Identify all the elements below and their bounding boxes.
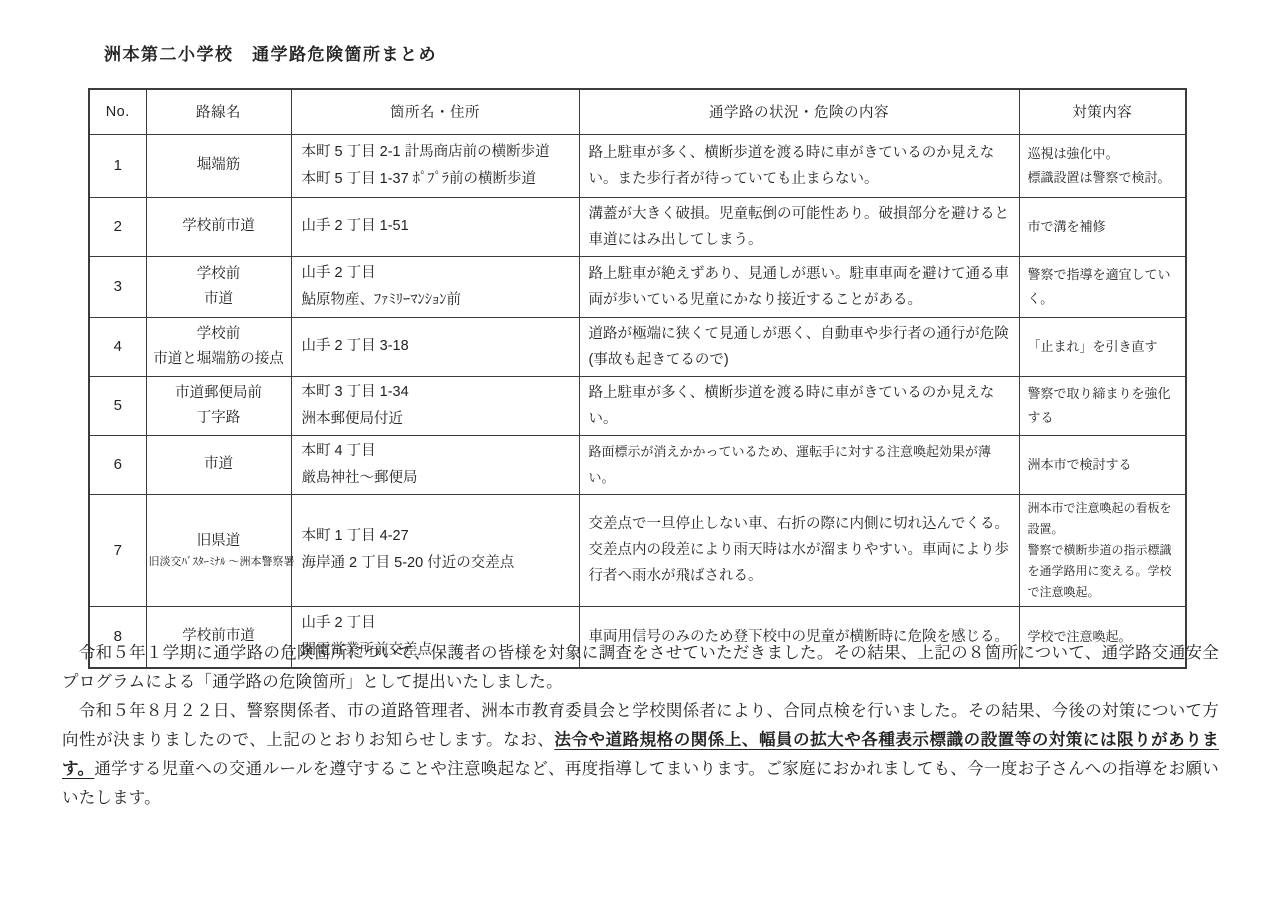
cell-no: 7 bbox=[89, 494, 146, 606]
cell-route: 学校前市道 bbox=[146, 197, 291, 256]
cell-no: 3 bbox=[89, 256, 146, 317]
table-row: 7 旧県道 旧淡交ﾊﾞｽﾀｰﾐﾅﾙ ～洲本警察署 本町 1 丁目 4-27 海岸… bbox=[89, 494, 1186, 606]
route-line: 学校前 bbox=[149, 262, 289, 287]
route-line: 学校前市道 bbox=[149, 214, 289, 239]
table-row: 1 堀端筋 本町 5 丁目 2-1 計馬商店前の横断歩道 本町 5 丁目 1-3… bbox=[89, 134, 1186, 197]
route-line: 堀端筋 bbox=[149, 153, 289, 178]
document-page: 洲本第二小学校 通学路危険箇所まとめ No. 路線名 箇所名・住所 通学路の状況… bbox=[0, 0, 1280, 905]
cell-situation: 路上駐車が絶えずあり、見通しが悪い。駐車車両を避けて通る車両が歩いている児童にか… bbox=[579, 256, 1019, 317]
cell-measure: 警察で指導を適宜していく。 bbox=[1019, 256, 1186, 317]
measure-line: 警察で指導を適宜していく。 bbox=[1028, 263, 1178, 311]
location-line: 山手 2 丁目 bbox=[302, 610, 569, 637]
cell-route: 市道郵便局前 丁字路 bbox=[146, 376, 291, 435]
body-text: 令和５年１学期に通学路の危険箇所について、保護者の皆様を対象に調査をさせていただ… bbox=[62, 639, 1219, 813]
table-row: 6 市道 本町 4 丁目 厳島神社～郵便局 路面標示が消えかかっているため、運転… bbox=[89, 435, 1186, 494]
col-header-location: 箇所名・住所 bbox=[291, 89, 579, 134]
cell-route: 学校前 市道 bbox=[146, 256, 291, 317]
col-header-measure: 対策内容 bbox=[1019, 89, 1186, 134]
route-line: 旧県道 bbox=[149, 529, 289, 554]
cell-measure: 洲本市で検討する bbox=[1019, 435, 1186, 494]
cell-route: 市道 bbox=[146, 435, 291, 494]
cell-situation: 道路が極端に狭くて見通しが悪く、自動車や歩行者の通行が危険(事故も起きてるので) bbox=[579, 317, 1019, 376]
cell-location: 本町 4 丁目 厳島神社～郵便局 bbox=[291, 435, 579, 494]
cell-situation: 路面標示が消えかかっているため、運転手に対する注意喚起効果が薄い。 bbox=[579, 435, 1019, 494]
measure-line: 市で溝を補修 bbox=[1028, 215, 1178, 239]
cell-measure: 巡視は強化中。 標識設置は警察で検討。 bbox=[1019, 134, 1186, 197]
cell-measure: 洲本市で注意喚起の看板を設置。 警察で横断歩道の指示標識を通学路用に変える。学校… bbox=[1019, 494, 1186, 606]
location-line: 鮎原物産、ﾌｧﾐﾘｰﾏﾝｼｮﾝ前 bbox=[302, 287, 569, 314]
table-row: 3 学校前 市道 山手 2 丁目 鮎原物産、ﾌｧﾐﾘｰﾏﾝｼｮﾝ前 路上駐車が絶… bbox=[89, 256, 1186, 317]
location-line: 本町 1 丁目 4-27 bbox=[302, 523, 569, 550]
location-line: 本町 5 丁目 1-37 ﾎﾟﾌﾟﾗ前の横断歩道 bbox=[302, 166, 569, 193]
table-row: 4 学校前 市道と堀端筋の接点 山手 2 丁目 3-18 道路が極端に狭くて見通… bbox=[89, 317, 1186, 376]
cell-situation: 溝蓋が大きく破損。児童転倒の可能性あり。破損部分を避けると車道にはみ出してしまう… bbox=[579, 197, 1019, 256]
cell-no: 1 bbox=[89, 134, 146, 197]
location-line: 山手 2 丁目 bbox=[302, 260, 569, 287]
danger-spots-table: No. 路線名 箇所名・住所 通学路の状況・危険の内容 対策内容 1 堀端筋 本… bbox=[88, 88, 1187, 669]
body-paragraph-2: 令和５年８月２２日、警察関係者、市の道路管理者、洲本市教育委員会と学校関係者によ… bbox=[62, 697, 1219, 813]
cell-route: 堀端筋 bbox=[146, 134, 291, 197]
route-line: 市道 bbox=[149, 452, 289, 477]
cell-location: 本町 5 丁目 2-1 計馬商店前の横断歩道 本町 5 丁目 1-37 ﾎﾟﾌﾟ… bbox=[291, 134, 579, 197]
location-line: 厳島神社～郵便局 bbox=[302, 465, 569, 492]
cell-situation: 路上駐車が多く、横断歩道を渡る時に車がきているのか見えない。また歩行者が待ってい… bbox=[579, 134, 1019, 197]
cell-situation: 路上駐車が多く、横断歩道を渡る時に車がきているのか見えない。 bbox=[579, 376, 1019, 435]
measure-line: 洲本市で注意喚起の看板を設置。 bbox=[1028, 498, 1178, 540]
cell-no: 6 bbox=[89, 435, 146, 494]
cell-location: 本町 3 丁目 1-34 洲本郵便局付近 bbox=[291, 376, 579, 435]
cell-location: 山手 2 丁目 1-51 bbox=[291, 197, 579, 256]
location-line: 海岸通 2 丁目 5-20 付近の交差点 bbox=[302, 550, 569, 577]
route-line: 旧淡交ﾊﾞｽﾀｰﾐﾅﾙ ～洲本警察署 bbox=[149, 554, 289, 571]
location-line: 本町 4 丁目 bbox=[302, 438, 569, 465]
cell-no: 4 bbox=[89, 317, 146, 376]
cell-measure: 警察で取り締まりを強化する bbox=[1019, 376, 1186, 435]
col-header-route: 路線名 bbox=[146, 89, 291, 134]
cell-location: 山手 2 丁目 3-18 bbox=[291, 317, 579, 376]
measure-line: 「止まれ」を引き直す bbox=[1028, 335, 1178, 359]
cell-measure: 「止まれ」を引き直す bbox=[1019, 317, 1186, 376]
col-header-situation: 通学路の状況・危険の内容 bbox=[579, 89, 1019, 134]
route-line: 市道 bbox=[149, 287, 289, 312]
measure-line: 警察で取り締まりを強化する bbox=[1028, 382, 1178, 430]
measure-line: 標識設置は警察で検討。 bbox=[1028, 166, 1178, 190]
measure-line: 警察で横断歩道の指示標識を通学路用に変える。学校で注意喚起。 bbox=[1028, 540, 1178, 603]
col-header-no: No. bbox=[89, 89, 146, 134]
cell-route: 学校前 市道と堀端筋の接点 bbox=[146, 317, 291, 376]
location-line: 本町 3 丁目 1-34 bbox=[302, 379, 569, 406]
location-line: 洲本郵便局付近 bbox=[302, 406, 569, 433]
cell-location: 本町 1 丁目 4-27 海岸通 2 丁目 5-20 付近の交差点 bbox=[291, 494, 579, 606]
cell-location: 山手 2 丁目 鮎原物産、ﾌｧﾐﾘｰﾏﾝｼｮﾝ前 bbox=[291, 256, 579, 317]
table-row: 5 市道郵便局前 丁字路 本町 3 丁目 1-34 洲本郵便局付近 路上駐車が多… bbox=[89, 376, 1186, 435]
cell-situation: 交差点で一旦停止しない車、右折の際に内側に切れ込んでくる。交差点内の段差により雨… bbox=[579, 494, 1019, 606]
route-line: 丁字路 bbox=[149, 406, 289, 431]
cell-route: 旧県道 旧淡交ﾊﾞｽﾀｰﾐﾅﾙ ～洲本警察署 bbox=[146, 494, 291, 606]
cell-no: 2 bbox=[89, 197, 146, 256]
cell-measure: 市で溝を補修 bbox=[1019, 197, 1186, 256]
table-row: 2 学校前市道 山手 2 丁目 1-51 溝蓋が大きく破損。児童転倒の可能性あり… bbox=[89, 197, 1186, 256]
paragraph-2-tail: 通学する児童への交通ルールを遵守することや注意喚起など、再度指導してまいります。… bbox=[62, 760, 1219, 807]
measure-line: 巡視は強化中。 bbox=[1028, 142, 1178, 166]
location-line: 山手 2 丁目 1-51 bbox=[302, 213, 569, 240]
location-line: 本町 5 丁目 2-1 計馬商店前の横断歩道 bbox=[302, 139, 569, 166]
location-line: 山手 2 丁目 3-18 bbox=[302, 333, 569, 360]
table-header-row: No. 路線名 箇所名・住所 通学路の状況・危険の内容 対策内容 bbox=[89, 89, 1186, 134]
measure-line: 洲本市で検討する bbox=[1028, 453, 1178, 477]
route-line: 市道郵便局前 bbox=[149, 381, 289, 406]
body-paragraph-1: 令和５年１学期に通学路の危険箇所について、保護者の皆様を対象に調査をさせていただ… bbox=[62, 639, 1219, 697]
cell-no: 5 bbox=[89, 376, 146, 435]
route-line: 市道と堀端筋の接点 bbox=[149, 347, 289, 372]
route-line: 学校前 bbox=[149, 322, 289, 347]
document-title: 洲本第二小学校 通学路危険箇所まとめ bbox=[104, 40, 437, 65]
